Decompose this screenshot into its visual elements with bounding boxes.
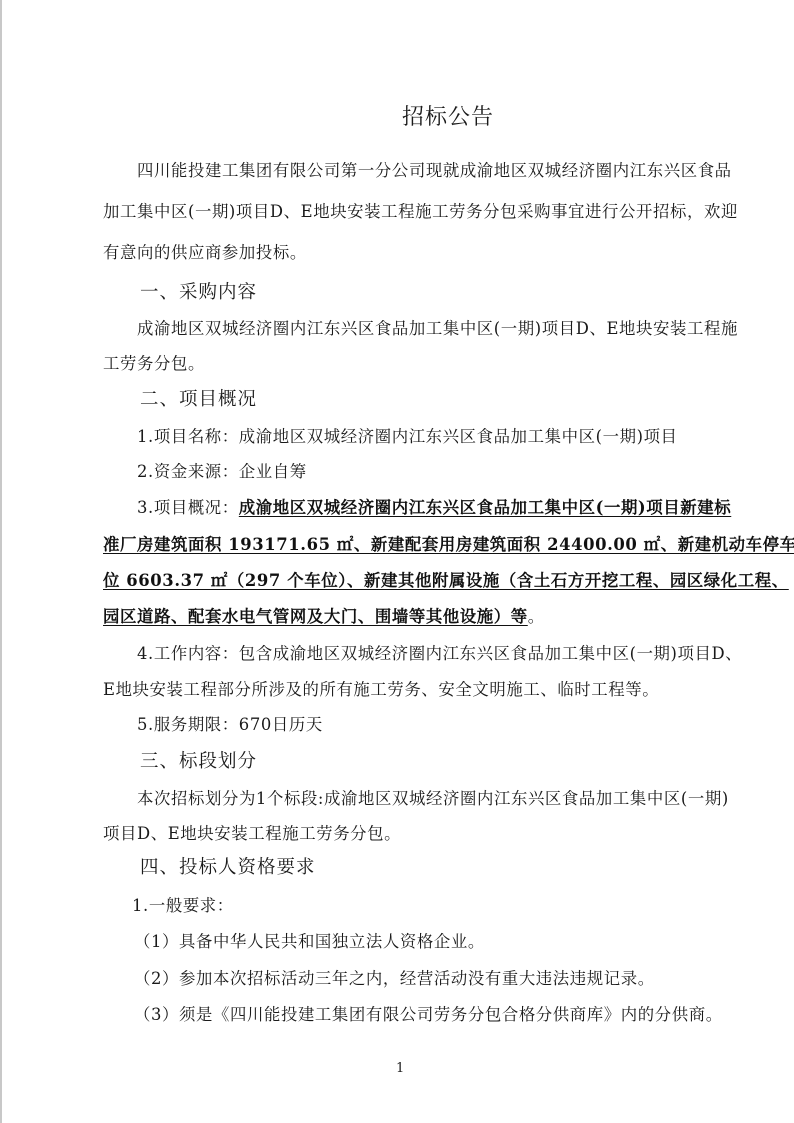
section-heading-3: 三、标段划分: [140, 750, 257, 774]
requirement-2: （2）参加本次招标活动三年之内，经营活动没有重大违法违规记录。: [134, 969, 655, 989]
intro-line-1: 四川能投建工集团有限公司第一分公司现就成渝地区双城经济圈内江东兴区食品: [137, 161, 700, 181]
requirement-1: （1）具备中华人民共和国独立法人资格企业。: [134, 932, 485, 952]
project-overview-text-2: 准厂房建筑面积 193171.65 ㎡、新建配套用房建筑面积 24400.00 …: [103, 535, 794, 554]
section1-line-1: 成渝地区双城经济圈内江东兴区食品加工集中区(一期)项目D、E地块安装工程施: [137, 319, 700, 339]
service-period-item: 5.服务期限：670日历天: [137, 715, 323, 735]
project-overview-item: 3.项目概况：成渝地区双城经济圈内江东兴区食品加工集中区(一期)项目新建标: [137, 498, 731, 518]
project-overview-line-4: 园区道路、配套水电气管网及大门、围墙等其他设施）等。: [103, 607, 545, 627]
section1-line-2: 工劳务分包。: [103, 354, 205, 374]
section3-line-2: 项目D、E地块安装工程施工劳务分包。: [103, 824, 401, 844]
section-heading-2: 二、项目概况: [140, 388, 257, 412]
project-overview-text-1: 成渝地区双城经济圈内江东兴区食品加工集中区(一期)项目新建标: [239, 498, 731, 517]
intro-line-2: 加工集中区(一期)项目D、E地块安装工程施工劳务分包采购事宜进行公开招标，欢迎: [103, 202, 700, 222]
general-requirements-label: 1.一般要求：: [132, 896, 234, 916]
funding-source-item: 2.资金来源：企业自筹: [137, 462, 307, 482]
requirement-3: （3）须是《四川能投建工集团有限公司劳务分包合格分供商库》内的分供商。: [134, 1005, 723, 1025]
document-title: 招标公告: [402, 105, 494, 131]
section-heading-1: 一、采购内容: [140, 281, 257, 305]
intro-line-3: 有意向的供应商参加投标。: [103, 243, 307, 263]
project-overview-text-4: 园区道路、配套水电气管网及大门、围墙等其他设施）等: [103, 607, 528, 626]
section3-line-1: 本次招标划分为1个标段:成渝地区双城经济圈内江东兴区食品加工集中区(一期): [137, 789, 700, 809]
project-name-item: 1.项目名称：成渝地区双城经济圈内江东兴区食品加工集中区(一期)项目: [137, 427, 678, 447]
scan-edge: [0, 0, 2, 1123]
work-content-line-1: 4.工作内容：包含成渝地区双城经济圈内江东兴区食品加工集中区(一期)项目D、: [137, 644, 700, 664]
section-heading-4: 四、投标人资格要求: [140, 856, 316, 880]
project-overview-end: 。: [528, 607, 545, 626]
project-overview-line-2: 准厂房建筑面积 193171.65 ㎡、新建配套用房建筑面积 24400.00 …: [103, 535, 700, 555]
page-number: 1: [396, 1061, 404, 1077]
work-content-line-2: E地块安装工程部分所涉及的所有施工劳务、安全文明施工、临时工程等。: [103, 680, 659, 700]
project-overview-label: 3.项目概况：: [137, 498, 239, 517]
project-overview-line-3: 位 6603.37 ㎡（297 个车位）、新建其他附属设施（含土石方开挖工程、园…: [103, 571, 789, 591]
project-overview-text-3: 位 6603.37 ㎡（297 个车位）、新建其他附属设施（含土石方开挖工程、园…: [103, 571, 789, 590]
